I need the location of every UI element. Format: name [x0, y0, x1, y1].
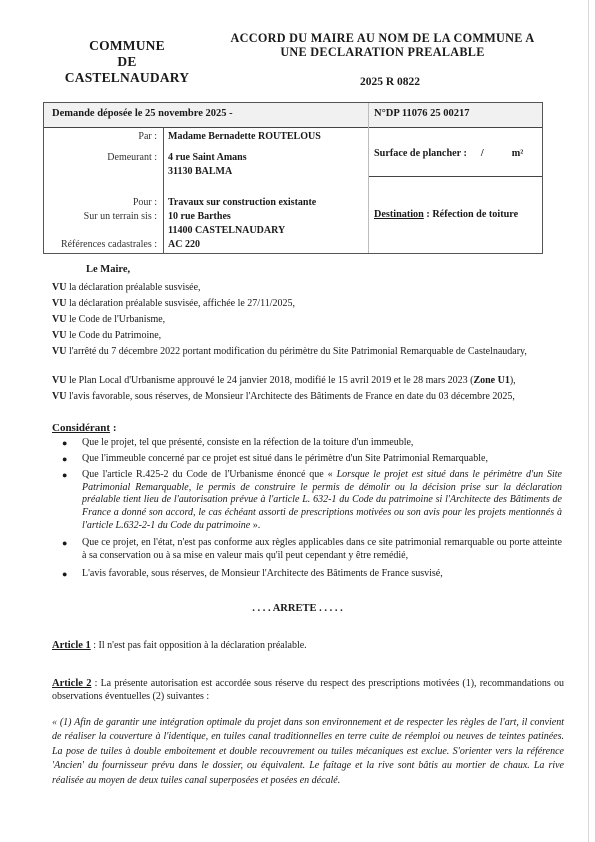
vu-lead: VU	[52, 375, 66, 386]
maire-heading: Le Maire,	[86, 264, 130, 275]
label-purpose: Pour :	[133, 197, 157, 208]
vu-item: VU le Code du Patrimoine,	[52, 330, 564, 343]
label-address: Demeurant :	[107, 152, 157, 163]
table-header: Demande déposée le 25 novembre 2025 - N°…	[44, 103, 542, 128]
address-line: 4 rue Saint Amans	[168, 151, 247, 165]
value-purpose: Travaux sur construction existante	[168, 196, 316, 210]
vu-item: VU le Code de l'Urbanisme,	[52, 314, 564, 327]
vu-text: la déclaration préalable susvisée, affic…	[66, 298, 295, 309]
article-1-text: : Il n'est pas fait opposition à la décl…	[91, 640, 307, 651]
destination-label: Destination	[374, 209, 424, 220]
value-applicant: Madame Bernadette ROUTELOUS	[168, 130, 321, 144]
title-line: ACCORD DU MAIRE AU NOM DE LA COMMUNE A	[205, 31, 560, 45]
bullet-icon: ●	[62, 568, 67, 581]
decision-reference: 2025 R 0822	[330, 76, 450, 88]
surface-unit: m²	[512, 148, 524, 159]
value-address: 4 rue Saint Amans 31130 BALMA	[168, 151, 247, 179]
surface-label: Surface de plancher :	[374, 148, 467, 159]
considerant-label: Considérant	[52, 422, 110, 434]
commune-heading: COMMUNE DE CASTELNAUDARY	[52, 38, 202, 86]
request-date: Demande déposée le 25 novembre 2025 -	[52, 108, 233, 119]
label-site: Sur un terrain sis :	[84, 211, 157, 222]
considerant-text: Que l'immeuble concerné par ce projet es…	[82, 453, 562, 466]
article-2-text: : La présente autorisation est accordée …	[52, 678, 564, 702]
row-divider	[369, 176, 542, 177]
considerant-heading: Considérant :	[52, 422, 116, 434]
purpose-text: Travaux sur construction existante	[168, 196, 316, 210]
page-edge	[588, 0, 589, 842]
cadastral-ref: AC 220	[168, 238, 200, 252]
applicant-name: Madame Bernadette ROUTELOUS	[168, 130, 321, 144]
site-line: 10 rue Barthes	[168, 210, 285, 224]
surface-value: /	[481, 148, 484, 159]
title-line: UNE DECLARATION PREALABLE	[205, 45, 560, 59]
vu-item: VU l'avis favorable, sous réserves, de M…	[52, 391, 564, 404]
vu-lead: VU	[52, 330, 66, 341]
column-divider	[163, 127, 164, 253]
bullet-icon: ●	[62, 437, 67, 450]
bullet-icon: ●	[62, 453, 67, 466]
vu-text: le Code de l'Urbanisme,	[66, 314, 165, 325]
value-site: 10 rue Barthes 11400 CASTELNAUDARY	[168, 210, 285, 238]
vu-lead: VU	[52, 346, 66, 357]
address-line: 31130 BALMA	[168, 165, 247, 179]
zone-label: Zone U1	[473, 375, 509, 386]
value-cadastral: AC 220	[168, 238, 200, 252]
considerant-text: Que ce projet, en l'état, n'est pas conf…	[82, 537, 562, 562]
considerant-colon: :	[110, 422, 116, 434]
vu-item: VU l'arrêté du 7 décembre 2022 portant m…	[52, 346, 564, 359]
commune-line: CASTELNAUDARY	[52, 70, 202, 86]
vu-item: VU la déclaration préalable susvisée,	[52, 282, 564, 295]
prescription-text: « (1) Afin de garantir une intégration o…	[52, 716, 564, 788]
quote-end: ».	[250, 520, 260, 531]
dp-number: N°DP 11076 25 00217	[374, 108, 470, 119]
considerant-intro: Que l'article R.425-2 du Code de l'Urban…	[82, 469, 337, 480]
vu-lead: VU	[52, 298, 66, 309]
vu-item: VU la déclaration préalable susvisée, af…	[52, 298, 564, 311]
article-1-title: Article 1	[52, 640, 91, 651]
floor-surface: Surface de plancher :/m²	[374, 148, 523, 159]
article-2: Article 2 : La présente autorisation est…	[52, 677, 564, 703]
arrete-heading: . . . . ARRETE . . . . .	[0, 603, 595, 614]
site-line: 11400 CASTELNAUDARY	[168, 224, 285, 238]
vu-text: le Plan Local d'Urbanisme approuvé le 24…	[66, 375, 473, 386]
vu-lead: VU	[52, 314, 66, 325]
document-title: ACCORD DU MAIRE AU NOM DE LA COMMUNE A U…	[205, 31, 560, 59]
vu-item: VU le Plan Local d'Urbanisme approuvé le…	[52, 375, 564, 388]
label-cadastral: Références cadastrales :	[61, 239, 157, 250]
vu-lead: VU	[52, 391, 66, 402]
summary-table: Demande déposée le 25 novembre 2025 - N°…	[43, 102, 543, 254]
considerant-text: Que le projet, tel que présenté, consist…	[82, 437, 562, 450]
vu-text-end: ),	[510, 375, 516, 386]
commune-line: COMMUNE	[52, 38, 202, 54]
destination-value: Réfection de toiture	[432, 209, 518, 220]
commune-line: DE	[52, 54, 202, 70]
bullet-icon: ●	[62, 469, 67, 482]
considerant-text: Que l'article R.425-2 du Code de l'Urban…	[82, 469, 562, 533]
vu-text: l'avis favorable, sous réserves, de Mons…	[66, 391, 514, 402]
vu-text: l'arrêté du 7 décembre 2022 portant modi…	[66, 346, 526, 357]
considerant-text: L'avis favorable, sous réserves, de Mons…	[82, 568, 562, 581]
bullet-icon: ●	[62, 537, 67, 550]
label-applicant: Par :	[138, 131, 157, 142]
vu-text: le Code du Patrimoine,	[66, 330, 161, 341]
column-divider	[368, 103, 369, 253]
article-1: Article 1 : Il n'est pas fait opposition…	[52, 639, 564, 652]
destination: Destination : Réfection de toiture	[374, 209, 518, 220]
vu-lead: VU	[52, 282, 66, 293]
article-2-title: Article 2	[52, 678, 91, 689]
vu-text: la déclaration préalable susvisée,	[66, 282, 200, 293]
